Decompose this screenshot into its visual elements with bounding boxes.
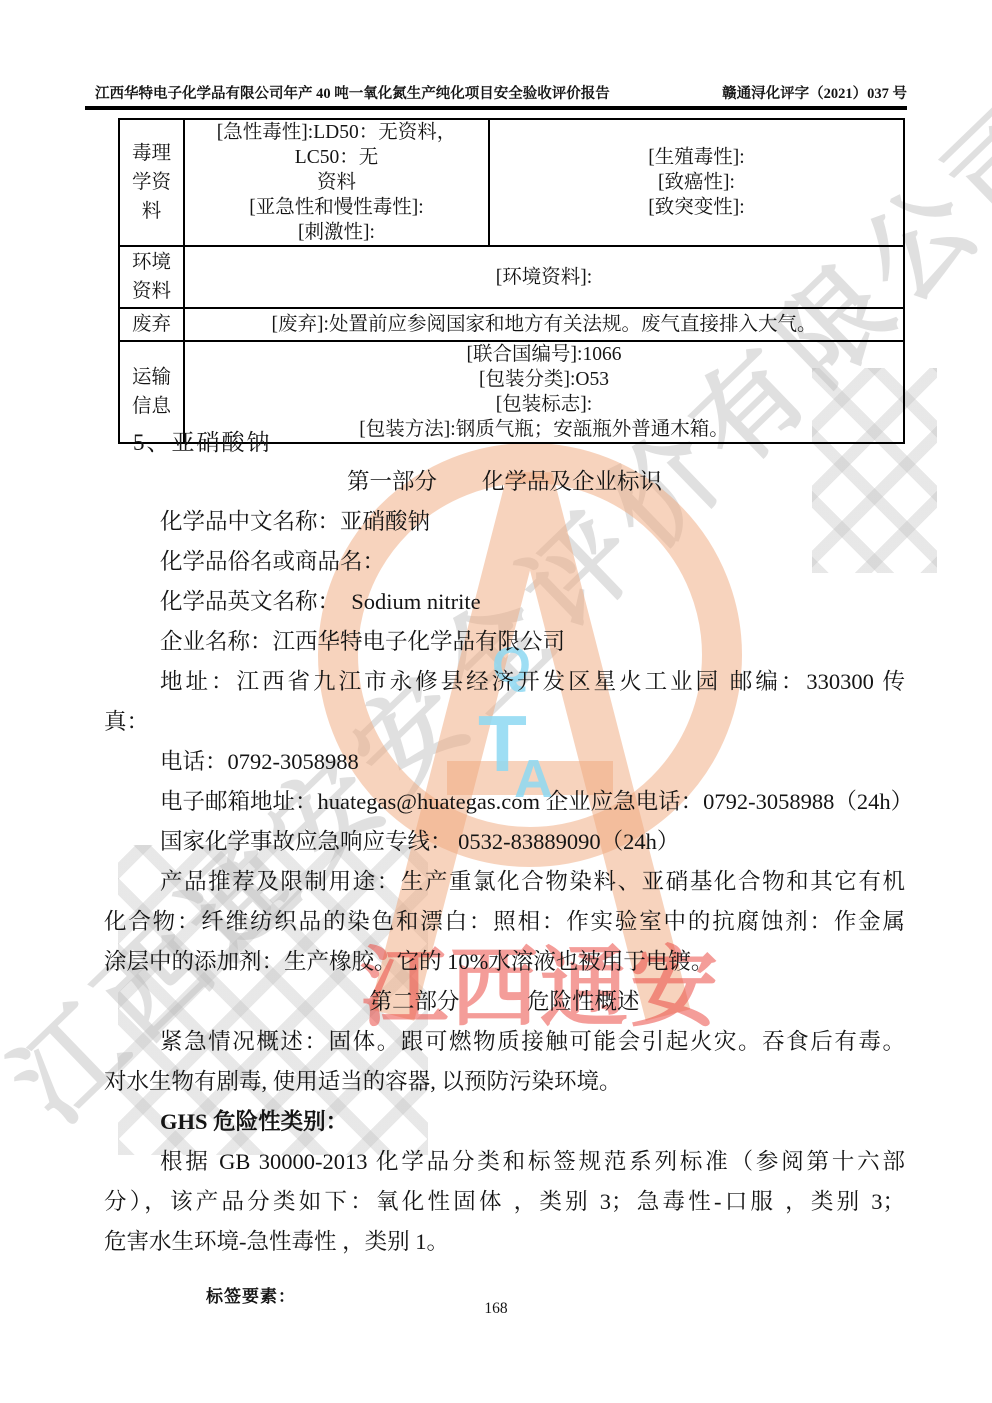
cell-acute-toxicity: [急性毒性]:LD50：无资料，LC50：无 资料 [亚急性和慢性毒性]: [刺… <box>184 119 489 246</box>
sds-table: 毒理 学资 料 [急性毒性]:LD50：无资料，LC50：无 资料 [亚急性和慢… <box>118 118 905 444</box>
cell-transport: [联合国编号]:1066 [包装分类]:O53 [包装标志]: [包装方法]:钢… <box>184 341 904 443</box>
usage-line-1: 产品推荐及限制用途：生产重氯化合物染料、亚硝基化合物和其它有机 <box>104 862 905 902</box>
chinese-name-line: 化学品中文名称：亚硝酸钠 <box>104 502 905 542</box>
header-rule <box>85 106 907 110</box>
usage-line-3: 涂层中的添加剂：生产橡胶。它的 10%水溶液也被用于电镀。 <box>104 942 905 982</box>
emergency-line: 国家化学事故应急响应专线： 0532-83889090（24h） <box>104 822 905 862</box>
content-layer: 江西华特电子化学品有限公司年产 40 吨一氧化氮生产纯化项目安全验收评价报告 赣… <box>0 0 992 1403</box>
cell-environment: [环境资料]: <box>184 246 904 308</box>
fax-wrap-line: 真： <box>104 702 905 742</box>
page-number: 168 <box>0 1300 992 1318</box>
phone-line: 电话：0792-3058988 <box>104 742 905 782</box>
company-name-line: 企业名称：江西华特电子化学品有限公司 <box>104 622 905 662</box>
ghs-line-1: 根据 GB 30000-2013 化学品分类和标签规范系列标准（参阅第十六部 <box>104 1142 905 1182</box>
table-row-environment: 环境 资料 [环境资料]: <box>119 246 904 308</box>
ghs-heading: GHS 危险性类别： <box>104 1102 905 1142</box>
address-line: 地址：江西省九江市永修县经济开发区星火工业园 邮编：330300 传 <box>104 662 905 702</box>
header-report-number: 赣通浔化评字（2021）037 号 <box>722 82 907 103</box>
part1-heading: 第一部分 化学品及企业标识 <box>104 462 905 502</box>
section-title-sodium-nitrite: 5、亚硝酸钠 <box>133 424 272 457</box>
table-row-toxicology: 毒理 学资 料 [急性毒性]:LD50：无资料，LC50：无 资料 [亚急性和慢… <box>119 119 904 246</box>
cell-disposal: [废弃]:处置前应参阅国家和地方有关法规。废气直接排入大气。 <box>184 308 904 341</box>
header-report-title: 江西华特电子化学品有限公司年产 40 吨一氧化氮生产纯化项目安全验收评价报告 <box>95 82 610 103</box>
english-name-line: 化学品英文名称： Sodium nitrite <box>104 582 905 622</box>
document-page: 江西通安安全评价有限公司 Q T A 江西通安 江西华特电子化学品有限公司年产 … <box>0 0 992 1403</box>
emergency-overview-2: 对水生物有剧毒, 使用适当的容器, 以预防污染环境。 <box>104 1062 905 1102</box>
ghs-line-3: 危害水生环境-急性毒性 ，类别 1。 <box>104 1222 905 1262</box>
body-text: 第一部分 化学品及企业标识 化学品中文名称：亚硝酸钠 化学品俗名或商品名： 化学… <box>104 462 905 1312</box>
row-label-disposal: 废弃 <box>119 308 184 341</box>
usage-line-2: 化合物：纤维纺织品的染色和漂白：照相：作实验室中的抗腐蚀剂：作金属 <box>104 902 905 942</box>
part2-heading: 第二部分 危险性概述 <box>104 982 905 1022</box>
row-label-toxicology: 毒理 学资 料 <box>119 119 184 246</box>
row-label-environment: 环境 资料 <box>119 246 184 308</box>
cell-reproductive-toxicity: [生殖毒性]: [致癌性]: [致突变性]: <box>489 119 904 246</box>
emergency-overview-1: 紧急情况概述：固体。跟可燃物质接触可能会引起火灾。吞食后有毒。 <box>104 1022 905 1062</box>
common-name-line: 化学品俗名或商品名： <box>104 542 905 582</box>
email-line: 电子邮箱地址：huategas@huategas.com 企业应急电话：0792… <box>104 782 905 822</box>
table-row-disposal: 废弃 [废弃]:处置前应参阅国家和地方有关法规。废气直接排入大气。 <box>119 308 904 341</box>
ghs-line-2: 分），该产品分类如下：氧化性固体 ，类别 3；急毒性-口服 ，类别 3； <box>104 1182 905 1222</box>
page-header: 江西华特电子化学品有限公司年产 40 吨一氧化氮生产纯化项目安全验收评价报告 赣… <box>95 82 907 103</box>
